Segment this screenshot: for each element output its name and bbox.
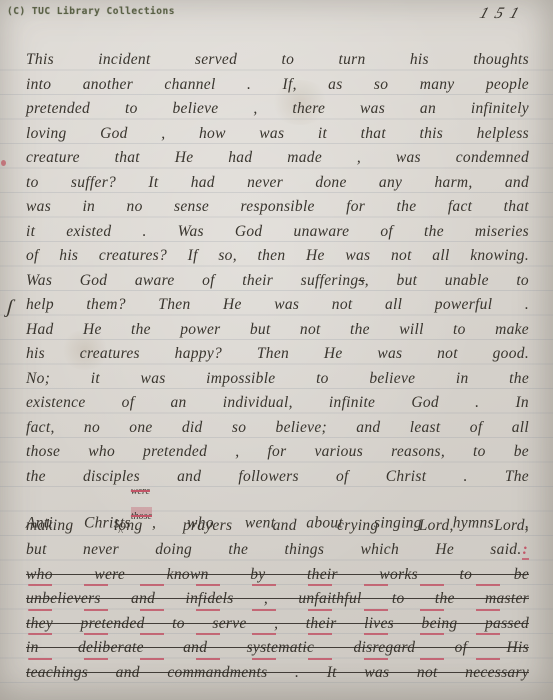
manuscript-line: Had He the power but not the will to mak…: [26, 318, 529, 343]
manuscript-line: No; it was impossible to believe in the: [26, 367, 529, 392]
manuscript-line-with-insertion: Anti Christswere those^, who went about …: [26, 489, 529, 514]
manuscript-line: pretended to believe , there was an infi…: [26, 97, 529, 122]
red-punctuation-mark: :: [522, 541, 529, 560]
margin-red-dot: [1, 160, 6, 166]
manuscript-text: This incident served to turn his thought…: [26, 48, 529, 685]
manuscript-line-struck: who were known by their works to be: [26, 563, 529, 588]
line-segment: Was God aware of their suffering: [26, 272, 358, 289]
manuscript-line-struck: in deliberate and systematic disregard o…: [26, 636, 529, 661]
line-segment: but never doing the things which He said…: [26, 541, 522, 558]
manuscript-line-struck: unbelievers and infidels , unfaithful to…: [26, 587, 529, 612]
manuscript-line: This incident served to turn his thought…: [26, 48, 529, 73]
manuscript-line: of his creatures? If so, then He was not…: [26, 244, 529, 269]
manuscript-line: into another channel . If, as so many pe…: [26, 73, 529, 98]
manuscript-line: was in no sense responsible for the fact…: [26, 195, 529, 220]
manuscript-line-with-red-mark: but never doing the things which He said…: [26, 538, 529, 563]
manuscript-line: to suffer? It had never done any harm, a…: [26, 171, 529, 196]
manuscript-line: the disciples and followers of Christ . …: [26, 465, 529, 490]
manuscript-line: creature that He had made , was condemne…: [26, 146, 529, 171]
margin-tick-mark: ʃ: [6, 296, 13, 319]
manuscript-line: making long prayers and crying Lord, Lor…: [26, 514, 529, 539]
manuscript-line: fact, no one did so believe; and least o…: [26, 416, 529, 441]
manuscript-line: existence of an individual, infinite God…: [26, 391, 529, 416]
line-segment: , but unable to: [365, 272, 529, 289]
manuscript-line-with-deletion: Was God aware of their sufferings, but u…: [26, 269, 529, 294]
manuscript-line: those who pretended , for various reason…: [26, 440, 529, 465]
manuscript-page: (C) TUC Library Collections 151 ʃ This i…: [0, 0, 553, 700]
page-number: 151: [477, 5, 528, 23]
manuscript-line: it existed . Was God unaware of the mise…: [26, 220, 529, 245]
manuscript-line: help them? Then He was not all powerful …: [26, 293, 529, 318]
manuscript-line: loving God , how was it that this helple…: [26, 122, 529, 147]
manuscript-line: his creatures happy? Then He was not goo…: [26, 342, 529, 367]
manuscript-line-struck: they pretended to serve , their lives be…: [26, 612, 529, 637]
library-watermark: (C) TUC Library Collections: [7, 6, 175, 17]
manuscript-line-struck: teachings and commandments . It was not …: [26, 661, 529, 686]
